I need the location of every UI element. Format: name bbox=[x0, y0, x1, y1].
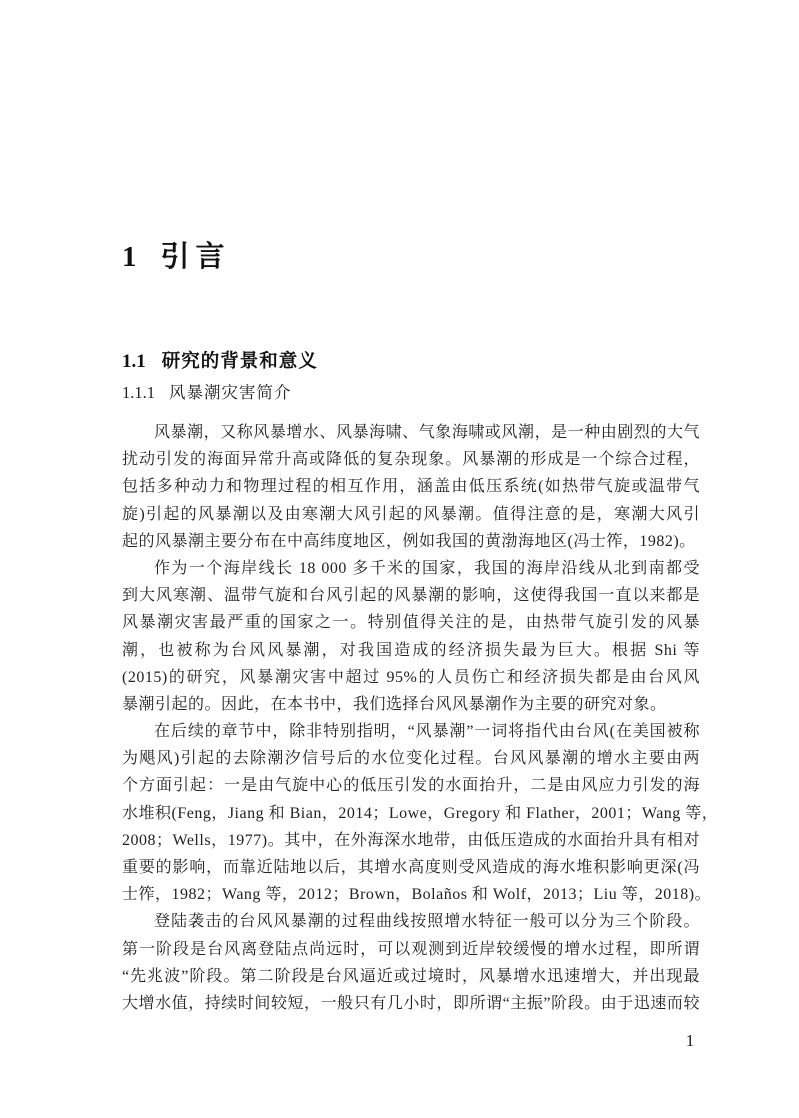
chapter-heading: 1 引言 bbox=[122, 243, 700, 272]
text-line: 扰动引发的海面异常升高或降低的复杂现象。风暴潮的形成是一个综合过程， bbox=[122, 446, 700, 473]
text-line: 作为一个海岸线长 18 000 多千米的国家，我国的海岸沿线从北到南都受 bbox=[122, 555, 700, 582]
book-page: 1 引言 1.1 研究的背景和意义 1.1.1 风暴潮灾害简介 风暴潮，又称风暴… bbox=[0, 0, 799, 1118]
text-line: 重要的影响，而靠近陆地以后，其增水高度则受风造成的海水堆积影响更深(冯 bbox=[122, 854, 700, 881]
paragraph: 风暴潮，又称风暴增水、风暴海啸、气象海啸或风潮，是一种由剧烈的大气扰动引发的海面… bbox=[122, 419, 700, 555]
text-line: 在后续的章节中，除非特别指明，“风暴潮”一词将指代由台风(在美国被称 bbox=[122, 718, 700, 745]
paragraph: 在后续的章节中，除非特别指明，“风暴潮”一词将指代由台风(在美国被称为飓风)引起… bbox=[122, 718, 700, 908]
page-number: 1 bbox=[680, 1031, 700, 1051]
subsection-heading: 1.1.1 风暴潮灾害简介 bbox=[122, 382, 700, 404]
chapter-title: 引言 bbox=[161, 243, 231, 272]
paragraph: 登陆袭击的台风风暴潮的过程曲线按照增水特征一般可以分为三个阶段。第一阶段是台风离… bbox=[122, 908, 700, 1017]
subsection-number: 1.1.1 bbox=[122, 382, 155, 403]
section-heading: 1.1 研究的背景和意义 bbox=[122, 350, 700, 373]
text-line: 大增水值，持续时间较短，一般只有几小时，即所谓“主振”阶段。由于迅速而较 bbox=[122, 990, 700, 1017]
text-line: 个方面引起：一是由气旋中心的低压引发的水面抬升，二是由风应力引发的海 bbox=[122, 772, 700, 799]
section-number: 1.1 bbox=[122, 351, 146, 373]
text-line: 士筰，1982；Wang 等，2012；Brown，Bolaños 和 Wolf… bbox=[122, 881, 700, 908]
text-line: 潮，也被称为台风风暴潮，对我国造成的经济损失最为巨大。根据 Shi 等 bbox=[122, 637, 700, 664]
text-line: 水堆积(Feng，Jiang 和 Bian，2014；Lowe，Gregory … bbox=[122, 800, 700, 827]
chapter-number: 1 bbox=[122, 243, 137, 272]
body-text: 风暴潮，又称风暴增水、风暴海啸、气象海啸或风潮，是一种由剧烈的大气扰动引发的海面… bbox=[122, 419, 700, 1017]
subsection-title: 风暴潮灾害简介 bbox=[169, 383, 292, 404]
text-line: 风暴潮灾害最严重的国家之一。特别值得关注的是，由热带气旋引发的风暴 bbox=[122, 609, 700, 636]
section-title: 研究的背景和意义 bbox=[162, 350, 318, 372]
text-line: 旋)引起的风暴潮以及由寒潮大风引起的风暴潮。值得注意的是，寒潮大风引 bbox=[122, 501, 700, 528]
text-line: 到大风寒潮、温带气旋和台风引起的风暴潮的影响，这使得我国一直以来都是 bbox=[122, 582, 700, 609]
text-line: 第一阶段是台风离登陆点尚远时，可以观测到近岸较缓慢的增水过程，即所谓 bbox=[122, 936, 700, 963]
paragraph: 作为一个海岸线长 18 000 多千米的国家，我国的海岸沿线从北到南都受到大风寒… bbox=[122, 555, 700, 718]
text-line: (2015)的研究，风暴潮灾害中超过 95%的人员伤亡和经济损失都是由台风风 bbox=[122, 664, 700, 691]
text-line: 暴潮引起的。因此，在本书中，我们选择台风风暴潮作为主要的研究对象。 bbox=[122, 691, 700, 718]
text-line: 为飓风)引起的去除潮汐信号后的水位变化过程。台风风暴潮的增水主要由两 bbox=[122, 745, 700, 772]
text-line: 风暴潮，又称风暴增水、风暴海啸、气象海啸或风潮，是一种由剧烈的大气 bbox=[122, 419, 700, 446]
text-line: 包括多种动力和物理过程的相互作用，涵盖由低压系统(如热带气旋或温带气 bbox=[122, 473, 700, 500]
page-content: 1 引言 1.1 研究的背景和意义 1.1.1 风暴潮灾害简介 风暴潮，又称风暴… bbox=[122, 243, 700, 1017]
text-line: 起的风暴潮主要分布在中高纬度地区，例如我国的黄渤海地区(冯士筰，1982)。 bbox=[122, 528, 700, 555]
text-line: 登陆袭击的台风风暴潮的过程曲线按照增水特征一般可以分为三个阶段。 bbox=[122, 908, 700, 935]
text-line: 2008；Wells，1977)。其中，在外海深水地带，由低压造成的水面抬升具有… bbox=[122, 827, 700, 854]
text-line: “先兆波”阶段。第二阶段是台风逼近或过境时，风暴增水迅速增大，并出现最 bbox=[122, 963, 700, 990]
